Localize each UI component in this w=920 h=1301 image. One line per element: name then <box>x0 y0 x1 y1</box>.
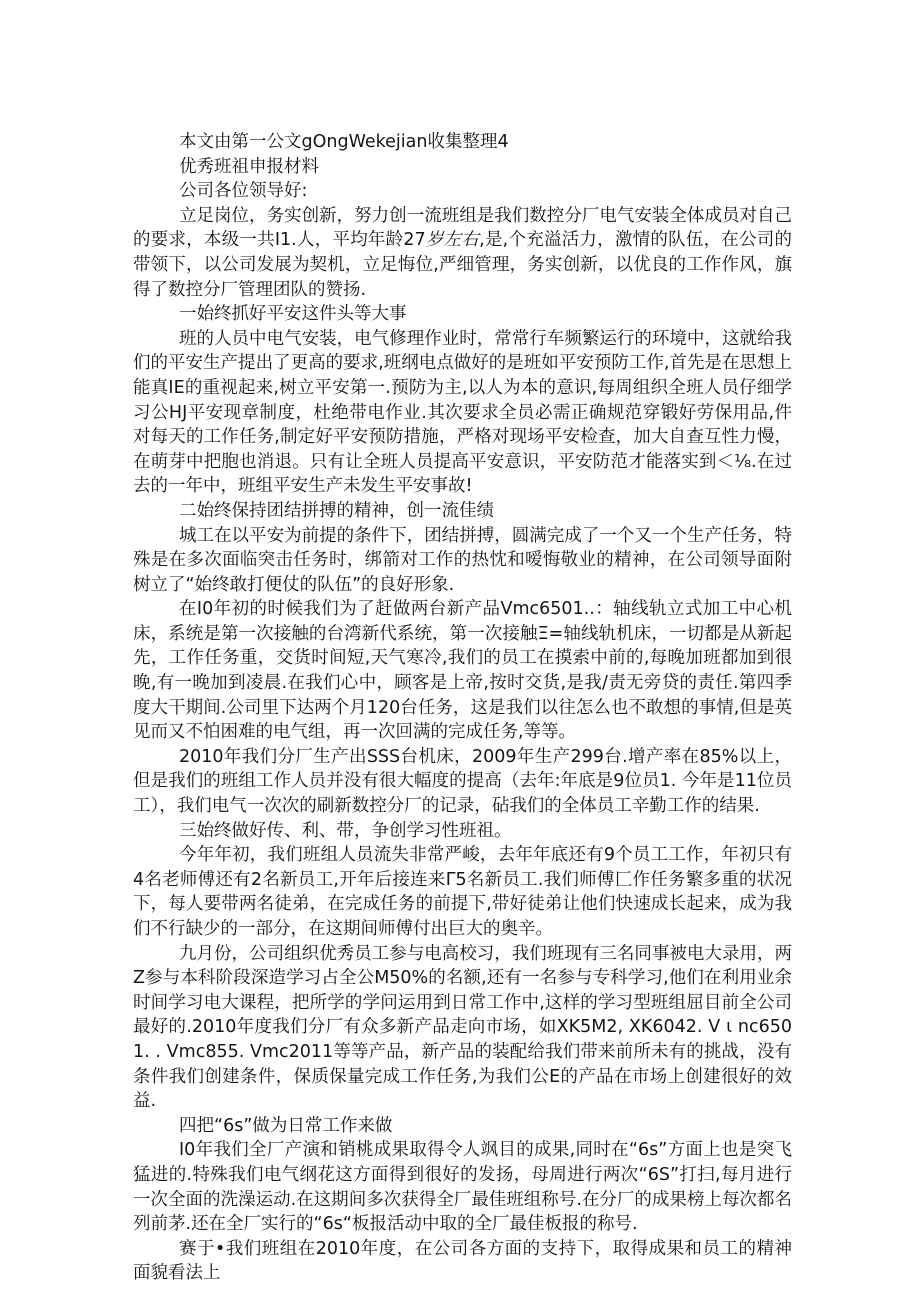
text-run: 城工在以平安为前提的条件下，团结拼搏，圆满完成了一个又一个生产任务，特殊是在多次… <box>133 526 792 595</box>
paragraph: 一始终抓好平安这件头等大事 <box>133 302 792 327</box>
text-run: 今年年初，我们班组人员流失非常严峻，去年年底还有9个员工工作，年初只有4名老师傅… <box>133 845 792 939</box>
paragraph: 四把“6s”做为日常工作来做 <box>133 1114 792 1139</box>
paragraph: 立足岗位，务实创新，努力创一流班组是我们数控分厂电气安装全体成员对自己的要求，本… <box>133 204 792 302</box>
paragraph: 2010年我们分厂生产出SSS台机床，2009年生产299台.增产率在85%以上… <box>133 745 792 819</box>
paragraph: 班的人员中电气安装，电气修理作业时，常常行车频繁运行的环境中，这就给我们的平安生… <box>133 327 792 499</box>
text-run: I0年我们全厂产演和销桃成果取得令人飒目的成果,同时在“6s”方面上也是突飞猛进… <box>133 1140 792 1234</box>
text-run: 班的人员中电气安装，电气修理作业时，常常行车频繁运行的环境中，这就给我们的平安生… <box>133 329 792 497</box>
document-page: 本文由第一公文gOngWekejian收集整理4优秀班祖申报材料公司各位领导好:… <box>0 0 920 1301</box>
text-run: 一始终抓好平安这件头等大事 <box>179 304 407 324</box>
paragraph: 赛于•我们班组在2010年度，在公司各方面的支持下，取得成果和员工的精神面貌看法… <box>133 1237 792 1286</box>
paragraph: 九月份，公司组织优秀员工参与电高校习，我们班现有三名同事被电大录用，两Z参与本科… <box>133 942 792 1114</box>
text-run: 赛于•我们班组在2010年度，在公司各方面的支持下，取得成果和员工的精神面貌看法… <box>133 1239 792 1284</box>
paragraph: 今年年初，我们班组人员流失非常严峻，去年年底还有9个员工工作，年初只有4名老师傅… <box>133 843 792 941</box>
text-run: 三始终做好传、利、带，争创学习性班祖。 <box>179 821 512 841</box>
document-body: 本文由第一公文gOngWekejian收集整理4优秀班祖申报材料公司各位领导好:… <box>133 130 792 1286</box>
text-run: 二始终保持团结拼搏的精神，创一流佳绩 <box>179 501 494 521</box>
paragraph: 公司各位领导好: <box>133 179 792 204</box>
text-run: 公司各位领导好: <box>179 181 307 201</box>
text-run: 优秀班祖申报材料 <box>179 157 319 177</box>
paragraph: I0年我们全厂产演和销桃成果取得令人飒目的成果,同时在“6s”方面上也是突飞猛进… <box>133 1138 792 1236</box>
text-run: 四把“6s”做为日常工作来做 <box>179 1116 392 1136</box>
paragraph: 在I0年初的时候我们为了赶做两台新产品Vmc6501..：轴线轨立式加工中心机床… <box>133 597 792 745</box>
paragraph: 城工在以平安为前提的条件下，团结拼搏，圆满完成了一个又一个生产任务，特殊是在多次… <box>133 524 792 598</box>
paragraph: 本文由第一公文gOngWekejian收集整理4 <box>133 130 792 155</box>
text-run: 2010年我们分厂生产出SSS台机床，2009年生产299台.增产率在85%以上… <box>133 747 792 816</box>
italic-text-run: 岁左右 <box>426 230 479 250</box>
text-run: 本文由第一公文gOngWekejian收集整理4 <box>179 132 509 152</box>
paragraph: 三始终做好传、利、带，争创学习性班祖。 <box>133 819 792 844</box>
paragraph: 二始终保持团结拼搏的精神，创一流佳绩 <box>133 499 792 524</box>
text-run: 在I0年初的时候我们为了赶做两台新产品Vmc6501..：轴线轨立式加工中心机床… <box>133 599 792 742</box>
paragraph: 优秀班祖申报材料 <box>133 155 792 180</box>
text-run: 九月份，公司组织优秀员工参与电高校习，我们班现有三名同事被电大录用，两Z参与本科… <box>133 944 792 1112</box>
